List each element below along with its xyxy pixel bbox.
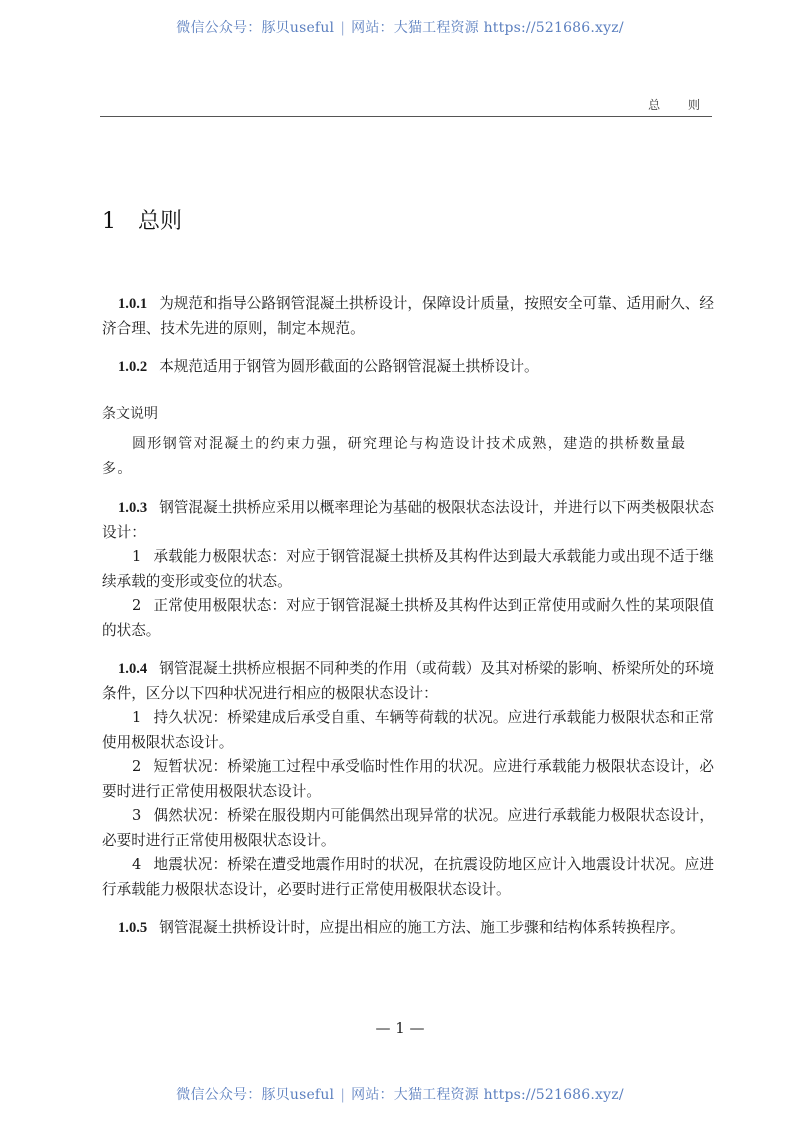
item-number: 4 [132, 856, 141, 873]
item-number: 2 [132, 597, 141, 614]
clause-1-0-2: 1.0.2本规范适用于钢管为圆形截面的公路钢管混凝土拱桥设计。 [102, 355, 714, 380]
list-item: 3偶然状况：桥梁在服役期内可能偶然出现异常的状况。应进行承载能力极限状态设计，必… [102, 804, 714, 853]
list-item: 2正常使用极限状态：对应于钢管混凝土拱桥及其构件达到正常使用或耐久性的某项限值的… [102, 594, 714, 643]
clause-1-0-3: 1.0.3钢管混凝土拱桥应采用以概率理论为基础的极限状态法设计，并进行以下两类极… [102, 496, 714, 545]
item-text: 正常使用极限状态：对应于钢管混凝土拱桥及其构件达到正常使用或耐久性的某项限值的状… [102, 597, 714, 639]
item-text: 地震状况：桥梁在遭受地震作用时的状况，在抗震设防地区应计入地震设计状况。应进行承… [102, 856, 714, 898]
document-body: 1.0.1为规范和指导公路钢管混凝土拱桥设计，保障设计质量，按照安全可靠、适用耐… [102, 292, 714, 941]
clause-number: 1.0.1 [118, 296, 147, 312]
chapter-number: 1 [102, 209, 116, 234]
watermark-site: 网站：大猫工程资源 https://521686.xyz/ [351, 1087, 624, 1103]
clause-number: 1.0.5 [118, 920, 147, 936]
clause-text: 为规范和指导公路钢管混凝土拱桥设计，保障设计质量，按照安全可靠、适用耐久、经济合… [102, 295, 714, 337]
page-number: — 1 — [0, 1019, 800, 1037]
list-item: 1承载能力极限状态：对应于钢管混凝土拱桥及其构件达到最大承载能力或出现不适于继续… [102, 545, 714, 594]
item-number: 2 [132, 758, 141, 775]
item-text: 持久状况：桥梁建成后承受自重、车辆等荷载的状况。应进行承载能力极限状态和正常使用… [102, 709, 714, 751]
item-number: 1 [132, 709, 141, 726]
watermark-top: 微信公众号：豚贝useful|网站：大猫工程资源 https://521686.… [0, 17, 800, 37]
clause-text: 钢管混凝土拱桥应采用以概率理论为基础的极限状态法设计，并进行以下两类极限状态设计… [102, 499, 714, 541]
watermark-wechat: 微信公众号：豚贝useful [176, 20, 334, 36]
clause-1-0-1: 1.0.1为规范和指导公路钢管混凝土拱桥设计，保障设计质量，按照安全可靠、适用耐… [102, 292, 714, 341]
item-text: 承载能力极限状态：对应于钢管混凝土拱桥及其构件达到最大承载能力或出现不适于继续承… [102, 548, 714, 590]
running-header: 总 则 [102, 96, 712, 113]
item-text: 短暂状况：桥梁施工过程中承受临时性作用的状况。应进行承载能力极限状态设计，必要时… [102, 758, 714, 800]
explanation-heading: 条文说明 [102, 402, 714, 427]
chapter-heading: 总则 [138, 209, 182, 234]
list-item: 1持久状况：桥梁建成后承受自重、车辆等荷载的状况。应进行承载能力极限状态和正常使… [102, 706, 714, 755]
clause-1-0-5: 1.0.5钢管混凝土拱桥设计时，应提出相应的施工方法、施工步骤和结构体系转换程序… [102, 916, 714, 941]
chapter-title: 1总则 [102, 204, 182, 235]
item-number: 1 [132, 548, 141, 565]
watermark-site: 网站：大猫工程资源 https://521686.xyz/ [351, 20, 624, 36]
explanation-text: 圆形钢管对混凝土的约束力强，研究理论与构造设计技术成熟，建造的拱桥数量最多。 [102, 432, 714, 482]
header-divider [100, 116, 712, 117]
clause-number: 1.0.2 [118, 359, 147, 375]
clause-text: 钢管混凝土拱桥应根据不同种类的作用（或荷载）及其对桥梁的影响、桥梁所处的环境条件… [102, 660, 714, 702]
clause-text: 钢管混凝土拱桥设计时，应提出相应的施工方法、施工步骤和结构体系转换程序。 [159, 919, 684, 936]
clause-text: 本规范适用于钢管为圆形截面的公路钢管混凝土拱桥设计。 [159, 358, 538, 375]
watermark-separator: | [340, 1087, 345, 1103]
clause-number: 1.0.4 [118, 661, 147, 677]
watermark-separator: | [340, 20, 345, 36]
clause-1-0-4: 1.0.4钢管混凝土拱桥应根据不同种类的作用（或荷载）及其对桥梁的影响、桥梁所处… [102, 657, 714, 706]
watermark-bottom: 微信公众号：豚贝useful|网站：大猫工程资源 https://521686.… [0, 1084, 800, 1104]
clause-number: 1.0.3 [118, 500, 147, 516]
list-item: 4地震状况：桥梁在遭受地震作用时的状况，在抗震设防地区应计入地震设计状况。应进行… [102, 853, 714, 902]
list-item: 2短暂状况：桥梁施工过程中承受临时性作用的状况。应进行承载能力极限状态设计，必要… [102, 755, 714, 804]
item-text: 偶然状况：桥梁在服役期内可能偶然出现异常的状况。应进行承载能力极限状态设计，必要… [102, 807, 714, 849]
item-number: 3 [132, 807, 141, 824]
watermark-wechat: 微信公众号：豚贝useful [176, 1087, 334, 1103]
